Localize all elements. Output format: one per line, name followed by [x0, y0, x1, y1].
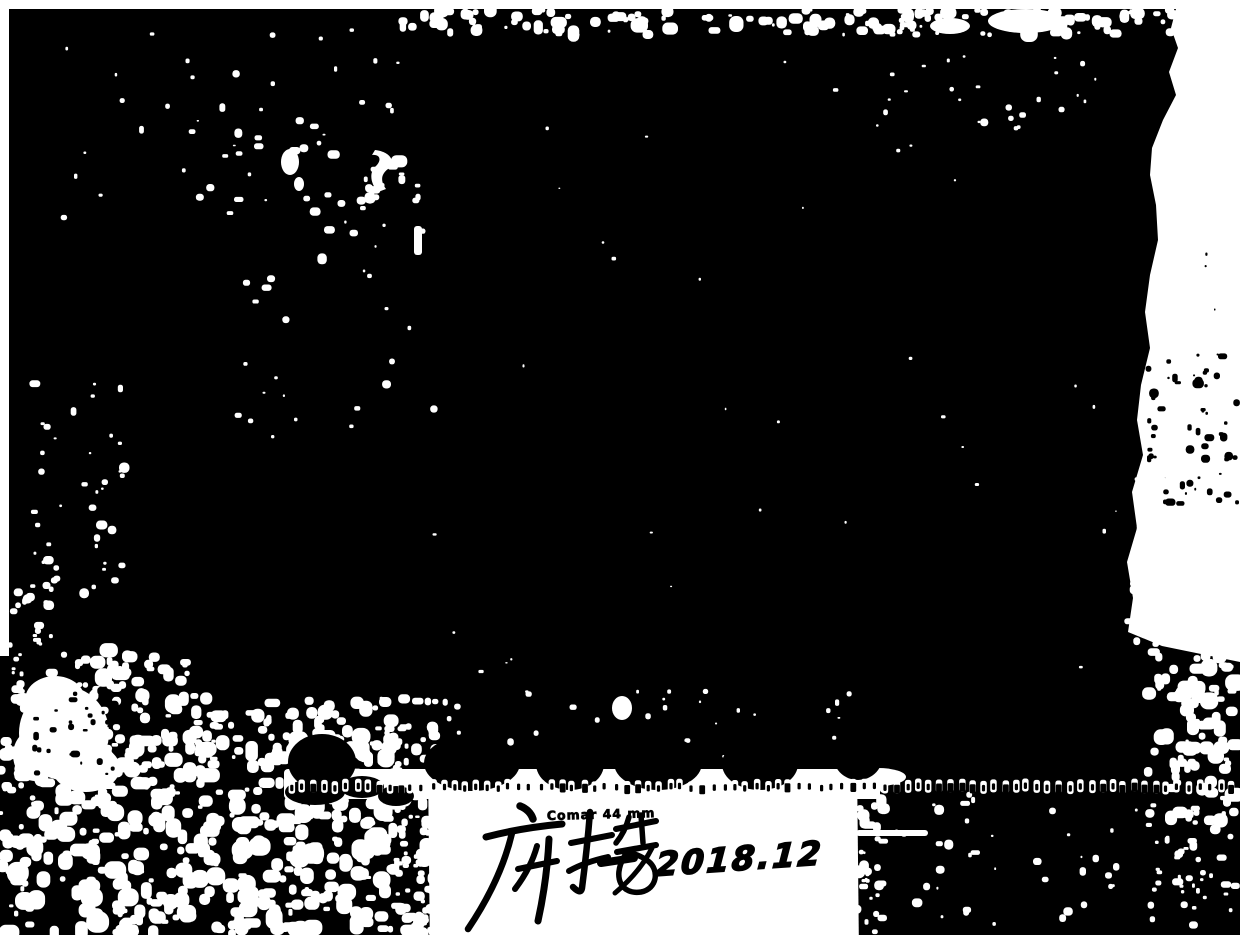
ruler-print-text: Comar 44 mm: [547, 805, 656, 823]
binarized-photo-figure: Comar 44 mm 2018.12: [0, 0, 1240, 935]
left-white-border: [0, 8, 9, 656]
handwritten-dash: [601, 858, 634, 863]
